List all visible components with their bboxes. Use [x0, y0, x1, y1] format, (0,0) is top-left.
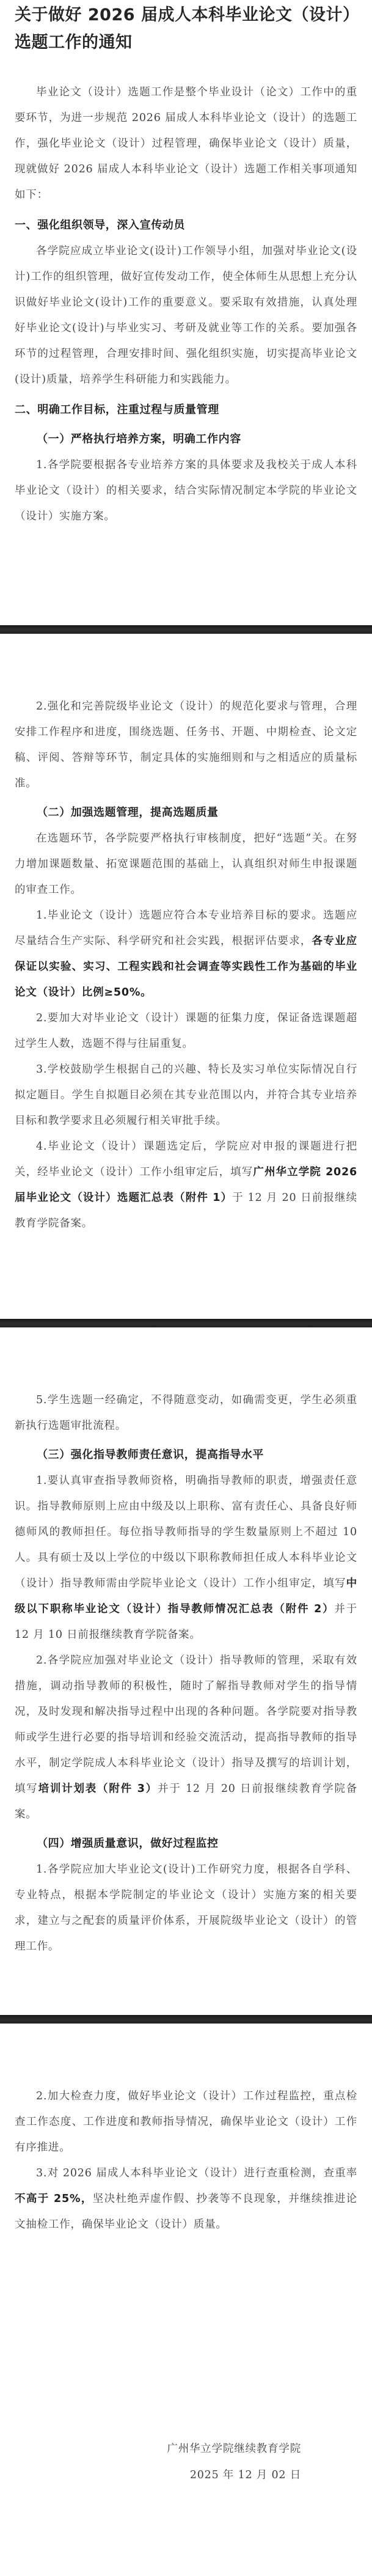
text-run: （二）加强选题管理，提高选题质量	[37, 806, 219, 819]
text-run: （三）强化指导教师责任意识，提高指导水平	[37, 1448, 264, 1461]
text-run: 1.各学院要根据各专业培养方案的具体要求及我校关于成人本科毕业论文（设计）的相关…	[15, 459, 357, 523]
section-heading: 一、强化组织领导，深入宣传动员	[15, 213, 357, 238]
page-separator	[0, 1319, 372, 1327]
text-run: （一）严格执行培养方案，明确工作内容	[37, 433, 241, 446]
paragraph: 2.加大检查力度，做好毕业论文（设计）工作过程监控，重点检查工作态度、工作进度和…	[15, 2083, 357, 2160]
text-run: 关于做好 2026 届成人本科毕业论文（设计）选题工作的通知	[15, 6, 351, 52]
text-run: 1.毕业论文（设计）选题应符合本专业培养目标的要求。选题应尽量结合生产实际、科学…	[15, 909, 357, 947]
paragraph: 2.强化和完善院级毕业论文（设计）的规范化要求与管理，合理安排工作程序和进度，围…	[15, 694, 357, 796]
paragraph: 毕业论文（设计）选题工作是整个毕业设计（论文）工作中的重要环节，为进一步规范 2…	[15, 79, 357, 208]
page-4: 2.加大检查力度，做好毕业论文（设计）工作过程监控，重点检查工作态度、工作进度和…	[0, 2024, 372, 2576]
paragraph: 1.各学院要根据各专业培养方案的具体要求及我校关于成人本科毕业论文（设计）的相关…	[15, 452, 357, 529]
text-run: 5.学生选题一经确定，不得随意变动，如确需变更，学生必须重新执行选题审批流程。	[15, 1394, 357, 1432]
signature-line: 2025 年 12 月 02 日	[15, 2462, 357, 2489]
page-3: 5.学生选题一经确定，不得随意变动，如确需变更，学生必须重新执行选题审批流程。（…	[0, 1327, 372, 2015]
text-run: 1.要认真审查指导教师资格，明确指导教师的职责，增强责任意识。指导教师原则上应由…	[15, 1475, 357, 1590]
page-2: 2.强化和完善院级毕业论文（设计）的规范化要求与管理，合理安排工作程序和进度，围…	[0, 634, 372, 1319]
section-heading: 二、明确工作目标，注重过程与质量管理	[15, 397, 357, 423]
paragraph: 1.各学院应加大毕业论文(设计)工作研究力度，根据各自学科、专业特点，根据本学院…	[15, 1857, 357, 1959]
text-run: 3.学校鼓励学生根据自己的兴趣、特长及实习单位实际情况自行拟定题目。学生自拟题目…	[15, 1063, 357, 1127]
doc-title: 关于做好 2026 届成人本科毕业论文（设计）选题工作的通知	[15, 1, 357, 56]
paragraph: 各学院应成立毕业论文(设计)工作领导小组，加强对毕业论文(设计)工作的组织管理，…	[15, 238, 357, 392]
document-viewer: 关于做好 2026 届成人本科毕业论文（设计）选题工作的通知毕业论文（设计）选题…	[0, 0, 372, 2576]
spacer	[15, 2237, 357, 2436]
paragraph: 2.要加大对毕业论文（设计）课题的征集力度，保证备选课题超过学生人数，选题不得与…	[15, 1005, 357, 1057]
text-run: 2.各学院应加强对毕业论文（设计）指导教师的管理，采取有效措施，调动指导教师的积…	[15, 1654, 357, 1795]
paragraph: 2.各学院应加强对毕业论文（设计）指导教师的管理，采取有效措施，调动指导教师的积…	[15, 1648, 357, 1827]
page-1: 关于做好 2026 届成人本科毕业论文（设计）选题工作的通知毕业论文（设计）选题…	[0, 0, 372, 625]
sub-section-heading: （四）增强质量意识，做好过程监控	[15, 1831, 357, 1857]
text-run: 一、强化组织领导，深入宣传动员	[15, 219, 185, 232]
bold-text-run: 培训计划表（附件 3）	[38, 1783, 158, 1795]
text-run: （四）增强质量意识，做好过程监控	[37, 1837, 219, 1850]
text-run: 2.要加大对毕业论文（设计）课题的征集力度，保证备选课题超过学生人数，选题不得与…	[15, 1012, 357, 1050]
signature-line: 广州华立学院继续教育学院	[15, 2436, 357, 2462]
bold-text-run: 不高于 25%，	[15, 2193, 93, 2205]
text-run: 2025 年 12 月 02 日	[190, 2469, 301, 2481]
sub-section-heading: （二）加强选题管理，提高选题质量	[15, 800, 357, 826]
text-run: 毕业论文（设计）选题工作是整个毕业设计（论文）工作中的重要环节，为进一步规范 2…	[15, 86, 357, 201]
paragraph: 3.学校鼓励学生根据自己的兴趣、特长及实习单位实际情况自行拟定题目。学生自拟题目…	[15, 1057, 357, 1134]
text-run: 各学院应成立毕业论文(设计)工作领导小组，加强对毕业论文(设计)工作的组织管理，…	[15, 245, 357, 386]
page-separator	[0, 2015, 372, 2024]
paragraph: 1.毕业论文（设计）选题应符合本专业培养目标的要求。选题应尽量结合生产实际、科学…	[15, 903, 357, 1005]
text-run: 1.各学院应加大毕业论文(设计)工作研究力度，根据各自学科、专业特点，根据本学院…	[15, 1863, 357, 1953]
paragraph: 3.对 2026 届成人本科毕业论文（设计）进行查重检测，查重率不高于 25%，…	[15, 2160, 357, 2237]
paragraph: 4.毕业论文（设计）课题选定后，学院应对申报的课题进行把关，经毕业论文（设计）工…	[15, 1134, 357, 1236]
text-run: 广州华立学院继续教育学院	[167, 2443, 301, 2455]
sub-section-heading: （三）强化指导教师责任意识，提高指导水平	[15, 1442, 357, 1468]
page-separator	[0, 625, 372, 634]
text-run: 2.加大检查力度，做好毕业论文（设计）工作过程监控，重点检查工作态度、工作进度和…	[15, 2090, 357, 2154]
text-run: 3.对 2026 届成人本科毕业论文（设计）进行查重检测，查重率	[36, 2167, 357, 2179]
paragraph: 在选题环节，各学院要严格执行审核制度，把好“选题”关。在努力增加课题数量、拓宽课…	[15, 826, 357, 903]
paragraph: 5.学生选题一经确定，不得随意变动，如确需变更，学生必须重新执行选题审批流程。	[15, 1387, 357, 1439]
text-run: 2.强化和完善院级毕业论文（设计）的规范化要求与管理，合理安排工作程序和进度，围…	[15, 700, 357, 790]
text-run: 二、明确工作目标，注重过程与质量管理	[15, 403, 219, 416]
text-run: 在选题环节，各学院要严格执行审核制度，把好“选题”关。在努力增加课题数量、拓宽课…	[15, 832, 357, 896]
paragraph: 1.要认真审查指导教师资格，明确指导教师的职责，增强责任意识。指导教师原则上应由…	[15, 1468, 357, 1648]
sub-section-heading: （一）严格执行培养方案，明确工作内容	[15, 427, 357, 452]
